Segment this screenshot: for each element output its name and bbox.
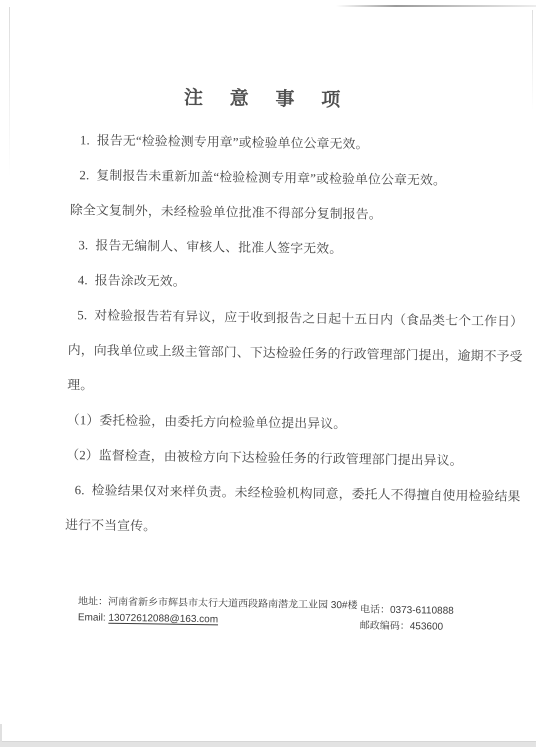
line-text: 理。 [67, 378, 93, 392]
line-text: （2）监督检查，由被检方向下达检验任务的行政管理部门提出异议。 [66, 448, 463, 468]
footer-contact-right: 电话：0373-6110888 邮政编码：453600 [360, 602, 454, 635]
address-label: 地址： [78, 596, 108, 607]
line-text: 进行不当宣传。 [65, 518, 156, 533]
line-marker: 1. [71, 123, 91, 158]
email-value: 13072612088@163.com [108, 613, 218, 626]
notice-line: 内，向我单位或上级主管部门、下达检验任务的行政管理部门提出，逾期不予受 [68, 333, 524, 375]
postal-row: 邮政编码：453600 [360, 618, 454, 635]
line-marker: 4. [69, 263, 89, 298]
line-text: （1）委托检验，由委托方向检验单位提出异议。 [67, 413, 347, 431]
footer: 地址：河南省新乡市辉县市太行大道西段路南潜龙工业园 30#楼 Email: 13… [1, 0, 536, 4]
page-title: 注 意 事 项 [0, 80, 536, 115]
address-value: 河南省新乡市辉县市太行大道西段路南潜龙工业园 30#楼 [108, 597, 358, 612]
phone-row: 电话：0373-6110888 [360, 602, 454, 619]
line-text: 对检验报告若有异议，应于收到报告之日起十五日内（食品类七个工作日） [94, 308, 523, 328]
sheet-content: 注 意 事 项 1.报告无“检验检测专用章”或检验单位公章无效。 2.复制报告未… [0, 0, 536, 747]
line-text: 除全文复制外，未经检验单位批准不得部分复制报告。 [70, 203, 382, 222]
phone-label: 电话： [360, 604, 390, 615]
line-text: 报告涂改无效。 [95, 273, 186, 288]
line-marker: 3. [69, 228, 89, 263]
line-text: 报告无编制人、审核人、批准人签字无效。 [95, 238, 342, 256]
line-marker: 6. [65, 473, 85, 508]
line-text: 复制报告未重新加盖“检验检测专用章”或检验单位公章无效。 [96, 168, 446, 187]
line-text: 报告无“检验检测专用章”或检验单位公章无效。 [97, 133, 369, 151]
notice-body: 1.报告无“检验检测专用章”或检验单位公章无效。 2.复制报告未重新加盖“检验检… [65, 123, 527, 550]
phone-value: 0373-6110888 [390, 605, 454, 617]
footer-contact-left: 地址：河南省新乡市辉县市太行大道西段路南潜龙工业园 30#楼 Email: 13… [78, 594, 358, 630]
scanned-document-page: 注 意 事 项 1.报告无“检验检测专用章”或检验单位公章无效。 2.复制报告未… [0, 0, 536, 747]
notice-line: 进行不当宣传。 [65, 508, 521, 550]
line-text: 检验结果仅对来样负责。未经检验机构同意，委托人不得擅自使用检验结果 [92, 483, 521, 503]
email-label: Email: [78, 612, 106, 623]
line-text: 内，向我单位或上级主管部门、下达检验任务的行政管理部门提出，逾期不予受 [68, 343, 523, 364]
postal-value: 453600 [410, 621, 444, 632]
line-marker: 5. [68, 298, 88, 333]
line-marker: 2. [70, 158, 90, 193]
postal-label: 邮政编码： [360, 620, 410, 632]
